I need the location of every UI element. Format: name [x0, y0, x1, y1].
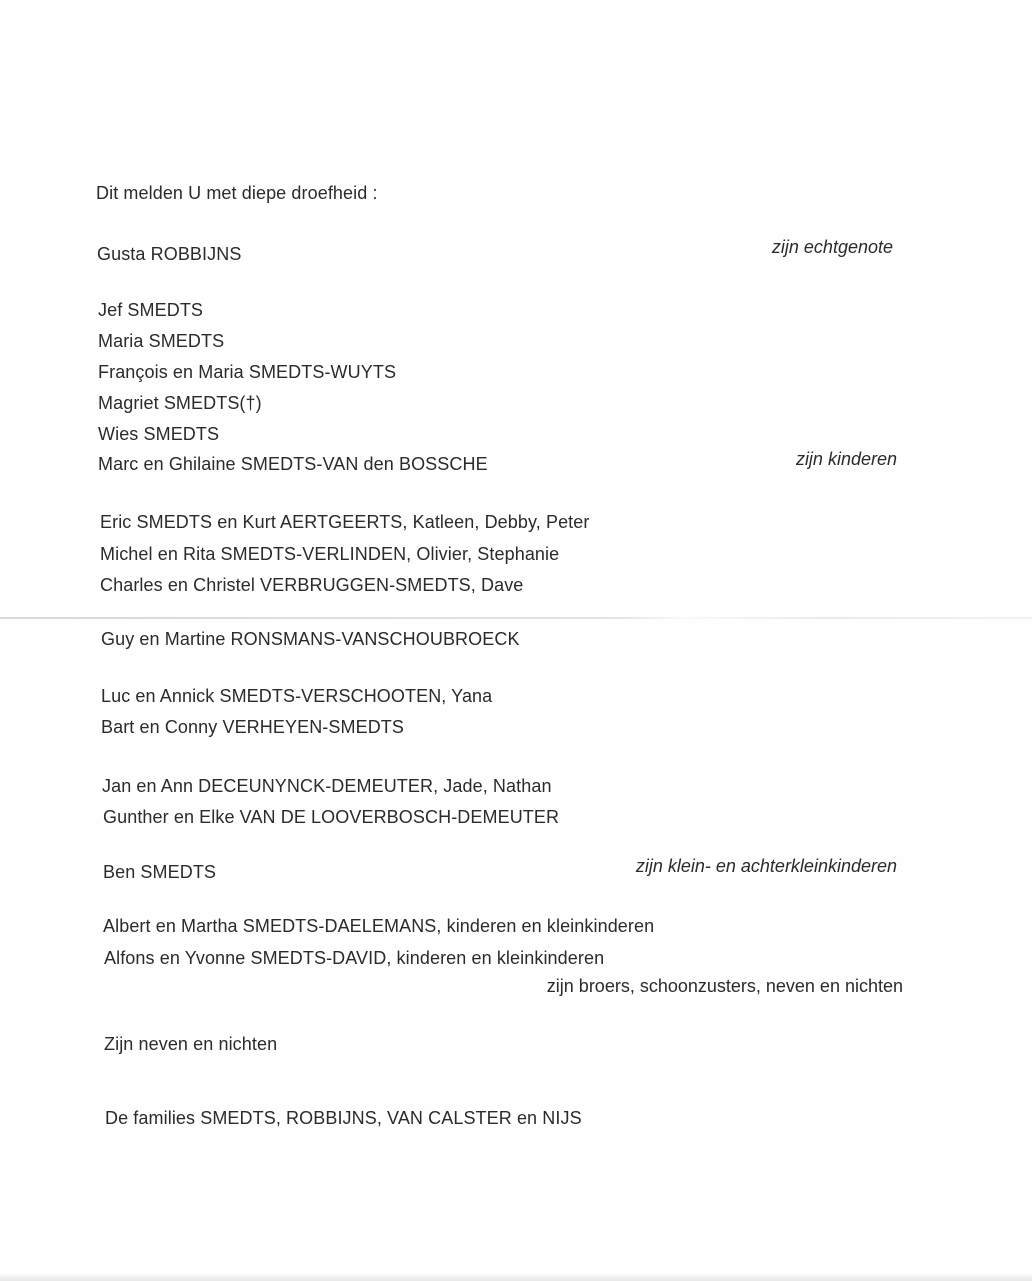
grandchild-name: Jan en Ann DECEUNYNCK-DEMEUTER, Jade, Na… [102, 776, 552, 797]
cousins-line: Zijn neven en nichten [104, 1034, 277, 1055]
grandchild-name: Michel en Rita SMEDTS-VERLINDEN, Olivier… [100, 544, 559, 565]
grandchild-name: Eric SMEDTS en Kurt AERTGEERTS, Katleen,… [100, 512, 590, 533]
paper-fold-line [0, 617, 1032, 619]
grandchildren-role-label: zijn klein- en achterkleinkinderen [636, 856, 897, 877]
paper-bottom-edge [0, 1274, 1032, 1281]
grandchild-name: Ben SMEDTS [103, 862, 216, 883]
obituary-page: Dit melden U met diepe droefheid : Gusta… [0, 0, 1032, 1281]
child-name: Maria SMEDTS [98, 331, 224, 352]
child-name: Magriet SMEDTS(†) [98, 393, 262, 414]
grandchild-name: Luc en Annick SMEDTS-VERSCHOOTEN, Yana [101, 686, 492, 707]
grandchild-name: Gunther en Elke VAN DE LOOVERBOSCH-DEMEU… [103, 807, 559, 828]
spouse-name: Gusta ROBBIJNS [97, 244, 241, 265]
siblings-role-label: zijn broers, schoonzusters, neven en nic… [547, 976, 903, 997]
grandchild-name: Guy en Martine RONSMANS-VANSCHOUBROECK [101, 629, 520, 650]
grandchild-name: Bart en Conny VERHEYEN-SMEDTS [101, 717, 404, 738]
child-name: Marc en Ghilaine SMEDTS-VAN den BOSSCHE [98, 454, 488, 475]
child-name: Jef SMEDTS [98, 300, 203, 321]
spouse-role-label: zijn echtgenote [772, 237, 893, 258]
child-name: Wies SMEDTS [98, 424, 219, 445]
intro-text: Dit melden U met diepe droefheid : [96, 183, 378, 204]
sibling-name: Albert en Martha SMEDTS-DAELEMANS, kinde… [103, 916, 654, 937]
grandchild-name: Charles en Christel VERBRUGGEN-SMEDTS, D… [100, 575, 523, 596]
families-line: De families SMEDTS, ROBBIJNS, VAN CALSTE… [105, 1108, 582, 1129]
child-name: François en Maria SMEDTS-WUYTS [98, 362, 396, 383]
sibling-name: Alfons en Yvonne SMEDTS-DAVID, kinderen … [104, 948, 604, 969]
children-role-label: zijn kinderen [796, 449, 897, 470]
